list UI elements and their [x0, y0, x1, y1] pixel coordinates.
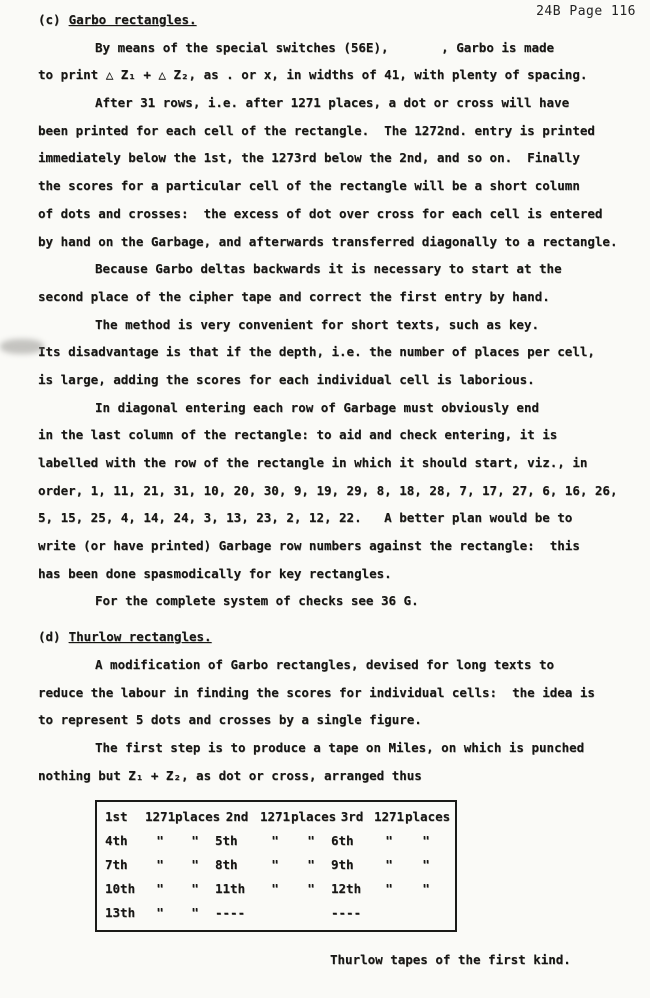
table-cell: " [175, 877, 215, 901]
text-line: immediately below the 1st, the 1273rd be… [38, 144, 650, 172]
text-line: A modification of Garbo rectangles, devi… [38, 651, 650, 679]
text-line: reduce the labour in finding the scores … [38, 679, 650, 707]
section-d-label: (d) [38, 629, 61, 644]
table-cell: 11th [215, 877, 259, 901]
table-cell: " [145, 877, 175, 901]
section-c-title: Garbo rectangles. [69, 12, 197, 27]
scan-smudge [0, 339, 44, 354]
text-line: in the last column of the rectangle: to … [38, 421, 650, 449]
table-header-cell: 1st [105, 805, 145, 829]
table-caption: Thurlow tapes of the first kind. [330, 946, 650, 974]
text-line: The first step is to produce a tape on M… [38, 734, 650, 762]
table-cell: " [175, 829, 215, 853]
table-cell: " [373, 829, 405, 853]
table-cell: " [291, 829, 331, 853]
text-line: The method is very convenient for short … [38, 311, 650, 339]
table-cell: ---- [331, 901, 373, 925]
table-cell: " [175, 901, 215, 925]
table-cell [405, 901, 447, 925]
text-line: by hand on the Garbage, and afterwards t… [38, 228, 650, 256]
table-cell [259, 901, 291, 925]
table-cell: " [175, 853, 215, 877]
text-line: By means of the special switches (56E), … [38, 34, 650, 62]
table-cell: " [405, 829, 447, 853]
table-cell: 10th [105, 877, 145, 901]
text-line: to print △ Z₁ + △ Z₂, as . or x, in widt… [38, 61, 650, 89]
text-line: After 31 rows, i.e. after 1271 places, a… [38, 89, 650, 117]
table-cell [373, 901, 405, 925]
table-cell: 8th [215, 853, 259, 877]
table-cell: 6th [331, 829, 373, 853]
table-cell: ---- [215, 901, 259, 925]
thurlow-tape-table: 1st 1271 places 2nd 1271 places 3rd 1271… [95, 800, 457, 932]
table-header-cell: places [175, 805, 215, 829]
table-cell: " [405, 877, 447, 901]
text-line: been printed for each cell of the rectan… [38, 117, 650, 145]
text-line: the scores for a particular cell of the … [38, 172, 650, 200]
page-reference: 24B Page 116 [536, 4, 636, 19]
table-header-cell: places [291, 805, 331, 829]
text-line: is large, adding the scores for each ind… [38, 366, 650, 394]
table-cell: 7th [105, 853, 145, 877]
table-header-cell: 1271 [259, 805, 291, 829]
table-header-cell: 1271 [145, 805, 175, 829]
text-line: In diagonal entering each row of Garbage… [38, 394, 650, 422]
table-header-cell: 1271 [373, 805, 405, 829]
document-content: (c)Garbo rectangles. By means of the spe… [0, 0, 650, 974]
table-cell: " [405, 853, 447, 877]
text-line: write (or have printed) Garbage row numb… [38, 532, 650, 560]
text-line: For the complete system of checks see 36… [38, 587, 650, 615]
scanned-document-page: 24B Page 116 (c)Garbo rectangles. By mea… [0, 0, 650, 998]
table-cell: 13th [105, 901, 145, 925]
table-cell: " [373, 877, 405, 901]
table-cell: " [259, 829, 291, 853]
text-line: labelled with the row of the rectangle i… [38, 449, 650, 477]
text-line: Its disadvantage is that if the depth, i… [38, 338, 650, 366]
table-header-cell: places [405, 805, 447, 829]
table-cell: " [291, 877, 331, 901]
text-line: second place of the cipher tape and corr… [38, 283, 650, 311]
text-line: of dots and crosses: the excess of dot o… [38, 200, 650, 228]
table-header-cell: 2nd [215, 805, 259, 829]
section-d-heading: (d)Thurlow rectangles. [38, 623, 650, 651]
table-cell: " [373, 853, 405, 877]
table-cell: 5th [215, 829, 259, 853]
table-cell: " [259, 877, 291, 901]
table-header-cell: 3rd [331, 805, 373, 829]
text-line: Because Garbo deltas backwards it is nec… [38, 255, 650, 283]
text-line: has been done spasmodically for key rect… [38, 560, 650, 588]
table-cell: 4th [105, 829, 145, 853]
section-d-title: Thurlow rectangles. [69, 629, 212, 644]
table-cell: " [259, 853, 291, 877]
table-cell: " [145, 829, 175, 853]
table-cell: 12th [331, 877, 373, 901]
table-cell: " [291, 853, 331, 877]
text-line: to represent 5 dots and crosses by a sin… [38, 706, 650, 734]
section-c-label: (c) [38, 12, 61, 27]
table-cell: " [145, 901, 175, 925]
text-line: nothing but Z₁ + Z₂, as dot or cross, ar… [38, 762, 650, 790]
table-cell [291, 901, 331, 925]
table-cell: " [145, 853, 175, 877]
text-line: order, 1, 11, 21, 31, 10, 20, 30, 9, 19,… [38, 477, 650, 505]
table-cell: 9th [331, 853, 373, 877]
text-line: 5, 15, 25, 4, 14, 24, 3, 13, 23, 2, 12, … [38, 504, 650, 532]
